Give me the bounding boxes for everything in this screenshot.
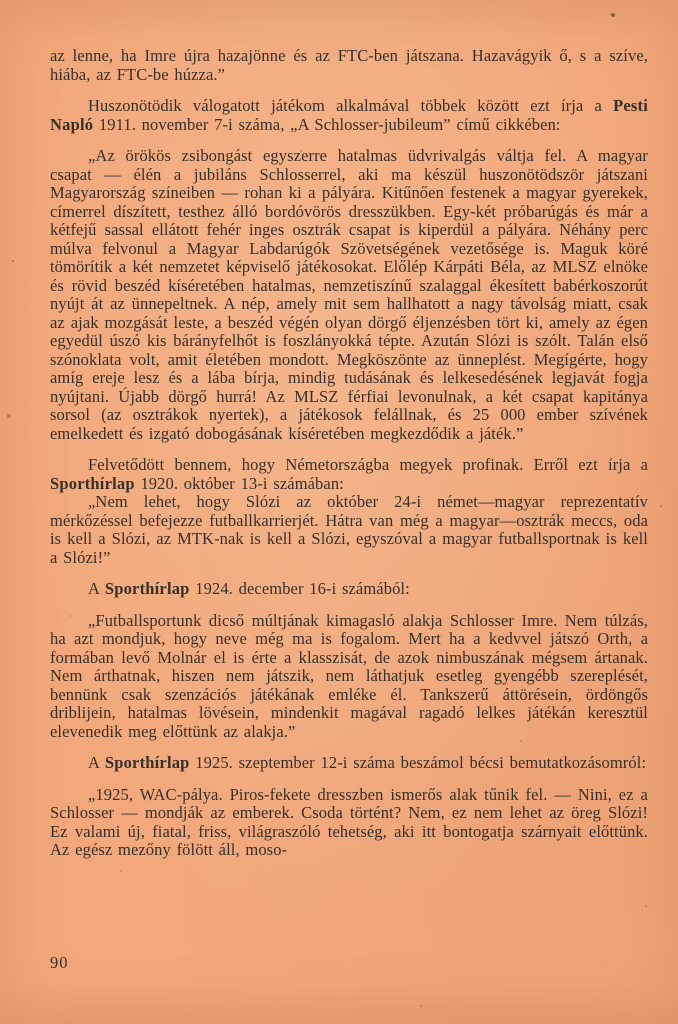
intro-text-pre: A — [88, 579, 105, 598]
intro-text-post: 1911. november 7-i száma, „A Schlosser-j… — [93, 115, 560, 134]
source-name-sporthirlap: Sporthírlap — [105, 579, 190, 598]
intro-text-pre: Huszonötödik válogatott játékom alkalmáv… — [88, 96, 613, 115]
paragraph-sporthirlap-1920-intro: Felvetődött bennem, hogy Németországba m… — [50, 456, 648, 493]
page-number: 90 — [50, 953, 69, 973]
intro-text-pre: Felvetődött bennem, hogy Németországba m… — [88, 455, 648, 474]
page-text-column: az lenne, ha Imre újra hazajönne és az F… — [50, 47, 648, 860]
quote-1924-december: „Futballsportunk dicső múltjának kimagas… — [50, 612, 648, 742]
paragraph-sporthirlap-1924-intro: A Sporthírlap 1924. december 16-i számáb… — [50, 580, 648, 599]
source-name-sporthirlap: Sporthírlap — [105, 753, 190, 772]
intro-text-post: 1924. december 16-i számából: — [190, 579, 410, 598]
paragraph-continuation: az lenne, ha Imre újra hazajönne és az F… — [50, 47, 648, 84]
quote-1920-october: „Nem lehet, hogy Slózi az október 24-i n… — [50, 493, 648, 567]
intro-text-pre: A — [88, 753, 105, 772]
intro-text-post: 1925. szeptember 12-i száma beszámol béc… — [190, 753, 647, 772]
paper-speckles — [0, 0, 2, 2]
intro-text-post: 1920. október 13-i számában: — [135, 474, 344, 493]
book-page: az lenne, ha Imre újra hazajönne és az F… — [0, 0, 678, 1024]
source-name-sporthirlap: Sporthírlap — [50, 474, 135, 493]
quote-1911-jubileum: „Az örökös zsibongást egyszerre hatalmas… — [50, 147, 648, 443]
paragraph-pesti-naplo-intro: Huszonötödik válogatott játékom alkalmáv… — [50, 97, 648, 134]
paragraph-sporthirlap-1925-intro: A Sporthírlap 1925. szeptember 12-i szám… — [50, 754, 648, 773]
quote-1925-wac: „1925, WAC-pálya. Piros-fekete dresszben… — [50, 786, 648, 860]
